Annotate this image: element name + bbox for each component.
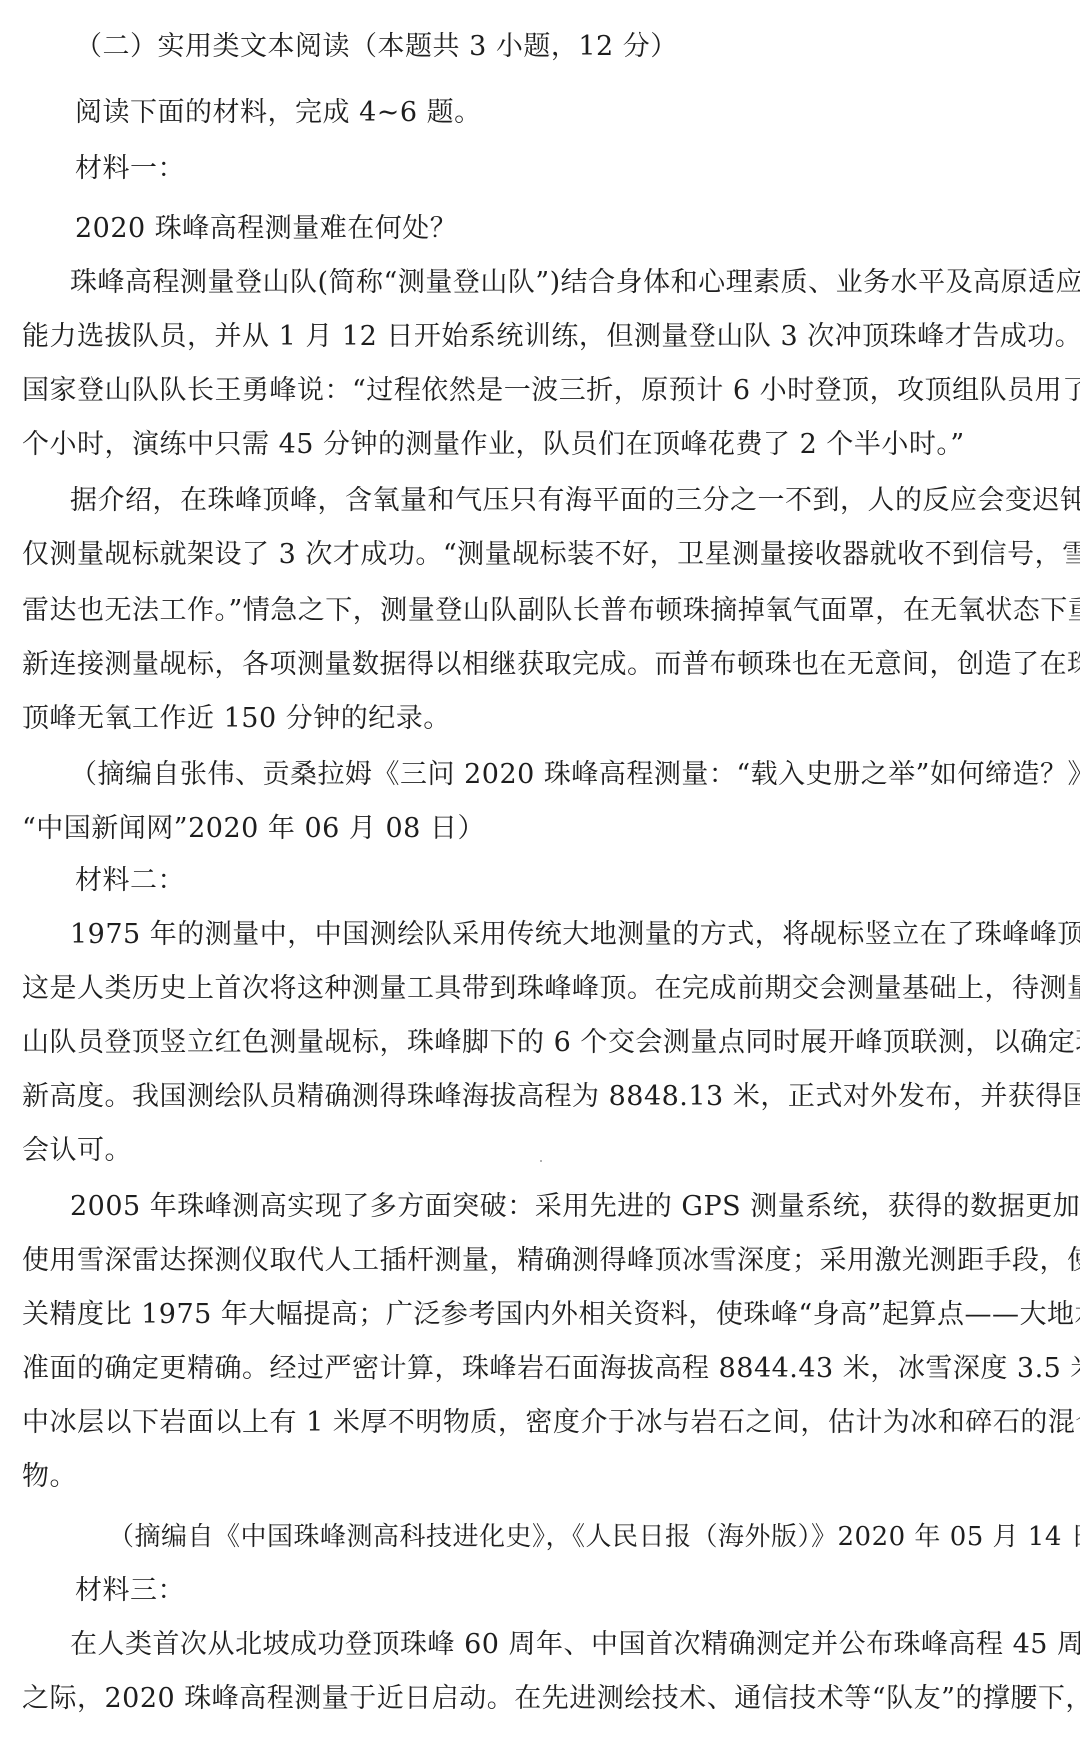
- paragraph-line: 个小时，演练中只需 45 分钟的测量作业，队员们在顶峰花费了 2 个半小时。”: [22, 428, 965, 462]
- material-1-label: 材料一：: [75, 152, 185, 186]
- paragraph-line: 1975 年的测量中，中国测绘队采用传统大地测量的方式，将觇标竖立在了珠峰峰顶，: [70, 918, 1062, 952]
- paragraph-line: 准面的确定更精确。经过严密计算，珠峰岩石面海拔高程 8844.43 米，冰雪深度…: [22, 1352, 1062, 1386]
- paragraph-line: 新高度。我国测绘队员精确测得珠峰海拔高程为 8848.13 米，正式对外发布，并…: [22, 1080, 1062, 1114]
- paragraph-line: 关精度比 1975 年大幅提高；广泛参考国内外相关资料，使珠峰“身高”起算点——…: [22, 1298, 1062, 1332]
- scan-speck: [540, 1160, 542, 1162]
- source-citation: （摘编自《中国珠峰测高科技进化史》，《人民日报（海外版）》2020 年 05 月…: [108, 1520, 1080, 1554]
- material-3-label: 材料三：: [75, 1574, 185, 1608]
- paragraph-line: 中冰层以下岩面以上有 1 米厚不明物质，密度介于冰与岩石之间，估计为冰和碎石的混…: [22, 1406, 1062, 1440]
- paragraph-line: 国家登山队队长王勇峰说：“过程依然是一波三折，原预计 6 小时登顶，攻顶组队员用…: [22, 374, 1062, 408]
- paragraph-line: 据介绍，在珠峰顶峰，含氧量和气压只有海平面的三分之一不到，人的反应会变迟钝，: [70, 484, 1062, 518]
- material-2-label: 材料二：: [75, 864, 185, 898]
- paragraph-line: 之际，2020 珠峰高程测量于近日启动。在先进测绘技术、通信技术等“队友”的撑腰…: [22, 1682, 1062, 1716]
- paragraph-line: 仅测量觇标就架设了 3 次才成功。“测量觇标装不好，卫星测量接收器就收不到信号，…: [22, 538, 1062, 572]
- section-title: （二）实用类文本阅读（本题共 3 小题，12 分）: [75, 30, 678, 64]
- paragraph-line: 雷达也无法工作。”情急之下，测量登山队副队长普布顿珠摘掉氧气面罩，在无氧状态下重: [22, 594, 1062, 628]
- material-1-subtitle: 2020 珠峰高程测量难在何处？: [75, 212, 457, 246]
- paragraph-line: 使用雪深雷达探测仪取代人工插杆测量，精确测得峰顶冰雪深度；采用激光测距手段，使相: [22, 1244, 1062, 1278]
- paragraph-line: 会认可。: [22, 1134, 132, 1168]
- exam-page: （二）实用类文本阅读（本题共 3 小题，12 分） 阅读下面的材料，完成 4~6…: [0, 0, 1080, 1737]
- paragraph-line: 2005 年珠峰测高实现了多方面突破：采用先进的 GPS 测量系统，获得的数据更…: [70, 1190, 1062, 1224]
- paragraph-line: 这是人类历史上首次将这种测量工具带到珠峰峰顶。在完成前期交会测量基础上，待测量登: [22, 972, 1062, 1006]
- source-citation: “中国新闻网”2020 年 06 月 08 日）: [22, 812, 485, 846]
- instruction-text: 阅读下面的材料，完成 4~6 题。: [75, 96, 482, 130]
- paragraph-line: 山队员登顶竖立红色测量觇标，珠峰脚下的 6 个交会测量点同时展开峰顶联测，以确定…: [22, 1026, 1062, 1060]
- source-citation: （摘编自张伟、贡桑拉姆《三问 2020 珠峰高程测量：“载入史册之举”如何缔造？…: [70, 758, 1080, 792]
- paragraph-line: 在人类首次从北坡成功登顶珠峰 60 周年、中国首次精确测定并公布珠峰高程 45 …: [70, 1628, 1062, 1662]
- paragraph-line: 新连接测量觇标，各项测量数据得以相继获取完成。而普布顿珠也在无意间，创造了在珠峰: [22, 648, 1062, 682]
- paragraph-line: 物。: [22, 1460, 77, 1494]
- paragraph-line: 顶峰无氧工作近 150 分钟的纪录。: [22, 702, 451, 736]
- paragraph-line: 能力选拔队员，并从 1 月 12 日开始系统训练，但测量登山队 3 次冲顶珠峰才…: [22, 320, 1062, 354]
- paragraph-line: 珠峰高程测量登山队(简称“测量登山队”)结合身体和心理素质、业务水平及高原适应: [70, 266, 1062, 300]
- scan-speck: [1000, 1700, 1002, 1702]
